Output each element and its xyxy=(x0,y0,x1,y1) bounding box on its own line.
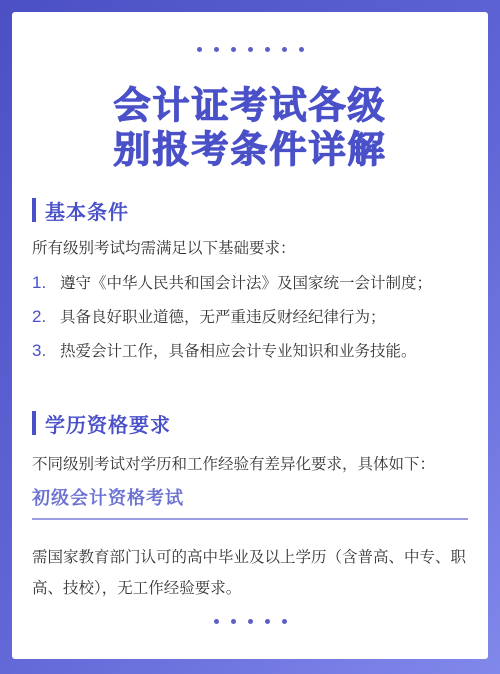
section-basic-intro: 所有级别考试均需满足以下基础要求： xyxy=(32,238,296,258)
subsection-body-junior: 需国家教育部门认可的高中毕业及以上学历（含普高、中专、职高、技校），无工作经验要… xyxy=(32,542,472,604)
section-heading-label: 学历资格要求 xyxy=(45,409,171,438)
list-item: 1. 遵守《中华人民共和国会计法》及国家统一会计制度； xyxy=(32,273,432,293)
dot-icon xyxy=(248,619,253,624)
list-text: 具备良好职业道德，无严重违反财经纪律行为； xyxy=(60,307,386,327)
top-dots-decoration xyxy=(12,47,488,52)
section-heading-label: 基本条件 xyxy=(45,196,129,225)
dot-icon xyxy=(214,47,219,52)
dot-icon xyxy=(197,47,202,52)
list-number: 2. xyxy=(32,307,60,327)
dot-icon xyxy=(282,619,287,624)
section-basic-conditions-heading: 基本条件 xyxy=(32,197,129,223)
title-line-2: 别报考条件详解 xyxy=(12,128,488,172)
list-item: 3. 热爱会计工作，具备相应会计专业知识和业务技能。 xyxy=(32,341,417,361)
list-item: 2. 具备良好职业道德，无严重违反财经纪律行为； xyxy=(32,307,386,327)
section-bar-icon xyxy=(32,411,36,435)
dot-icon xyxy=(265,619,270,624)
list-number: 3. xyxy=(32,341,60,361)
list-text: 遵守《中华人民共和国会计法》及国家统一会计制度； xyxy=(60,273,432,293)
list-text: 热爱会计工作，具备相应会计专业知识和业务技能。 xyxy=(60,341,417,361)
content-card: 会计证考试各级 别报考条件详解 基本条件 所有级别考试均需满足以下基础要求： 1… xyxy=(12,12,488,659)
dot-icon xyxy=(265,47,270,52)
subsection-heading-junior: 初级会计资格考试 xyxy=(32,484,468,520)
dot-icon xyxy=(231,619,236,624)
dot-icon xyxy=(231,47,236,52)
section-education-intro: 不同级别考试对学历和工作经验有差异化要求，具体如下： xyxy=(32,454,435,474)
bottom-dots-decoration xyxy=(12,619,488,624)
dot-icon xyxy=(299,47,304,52)
section-bar-icon xyxy=(32,198,36,222)
page-title: 会计证考试各级 别报考条件详解 xyxy=(12,84,488,172)
dot-icon xyxy=(214,619,219,624)
list-number: 1. xyxy=(32,273,60,293)
dot-icon xyxy=(248,47,253,52)
section-education-heading: 学历资格要求 xyxy=(32,410,171,436)
dot-icon xyxy=(282,47,287,52)
title-line-1: 会计证考试各级 xyxy=(12,84,488,128)
